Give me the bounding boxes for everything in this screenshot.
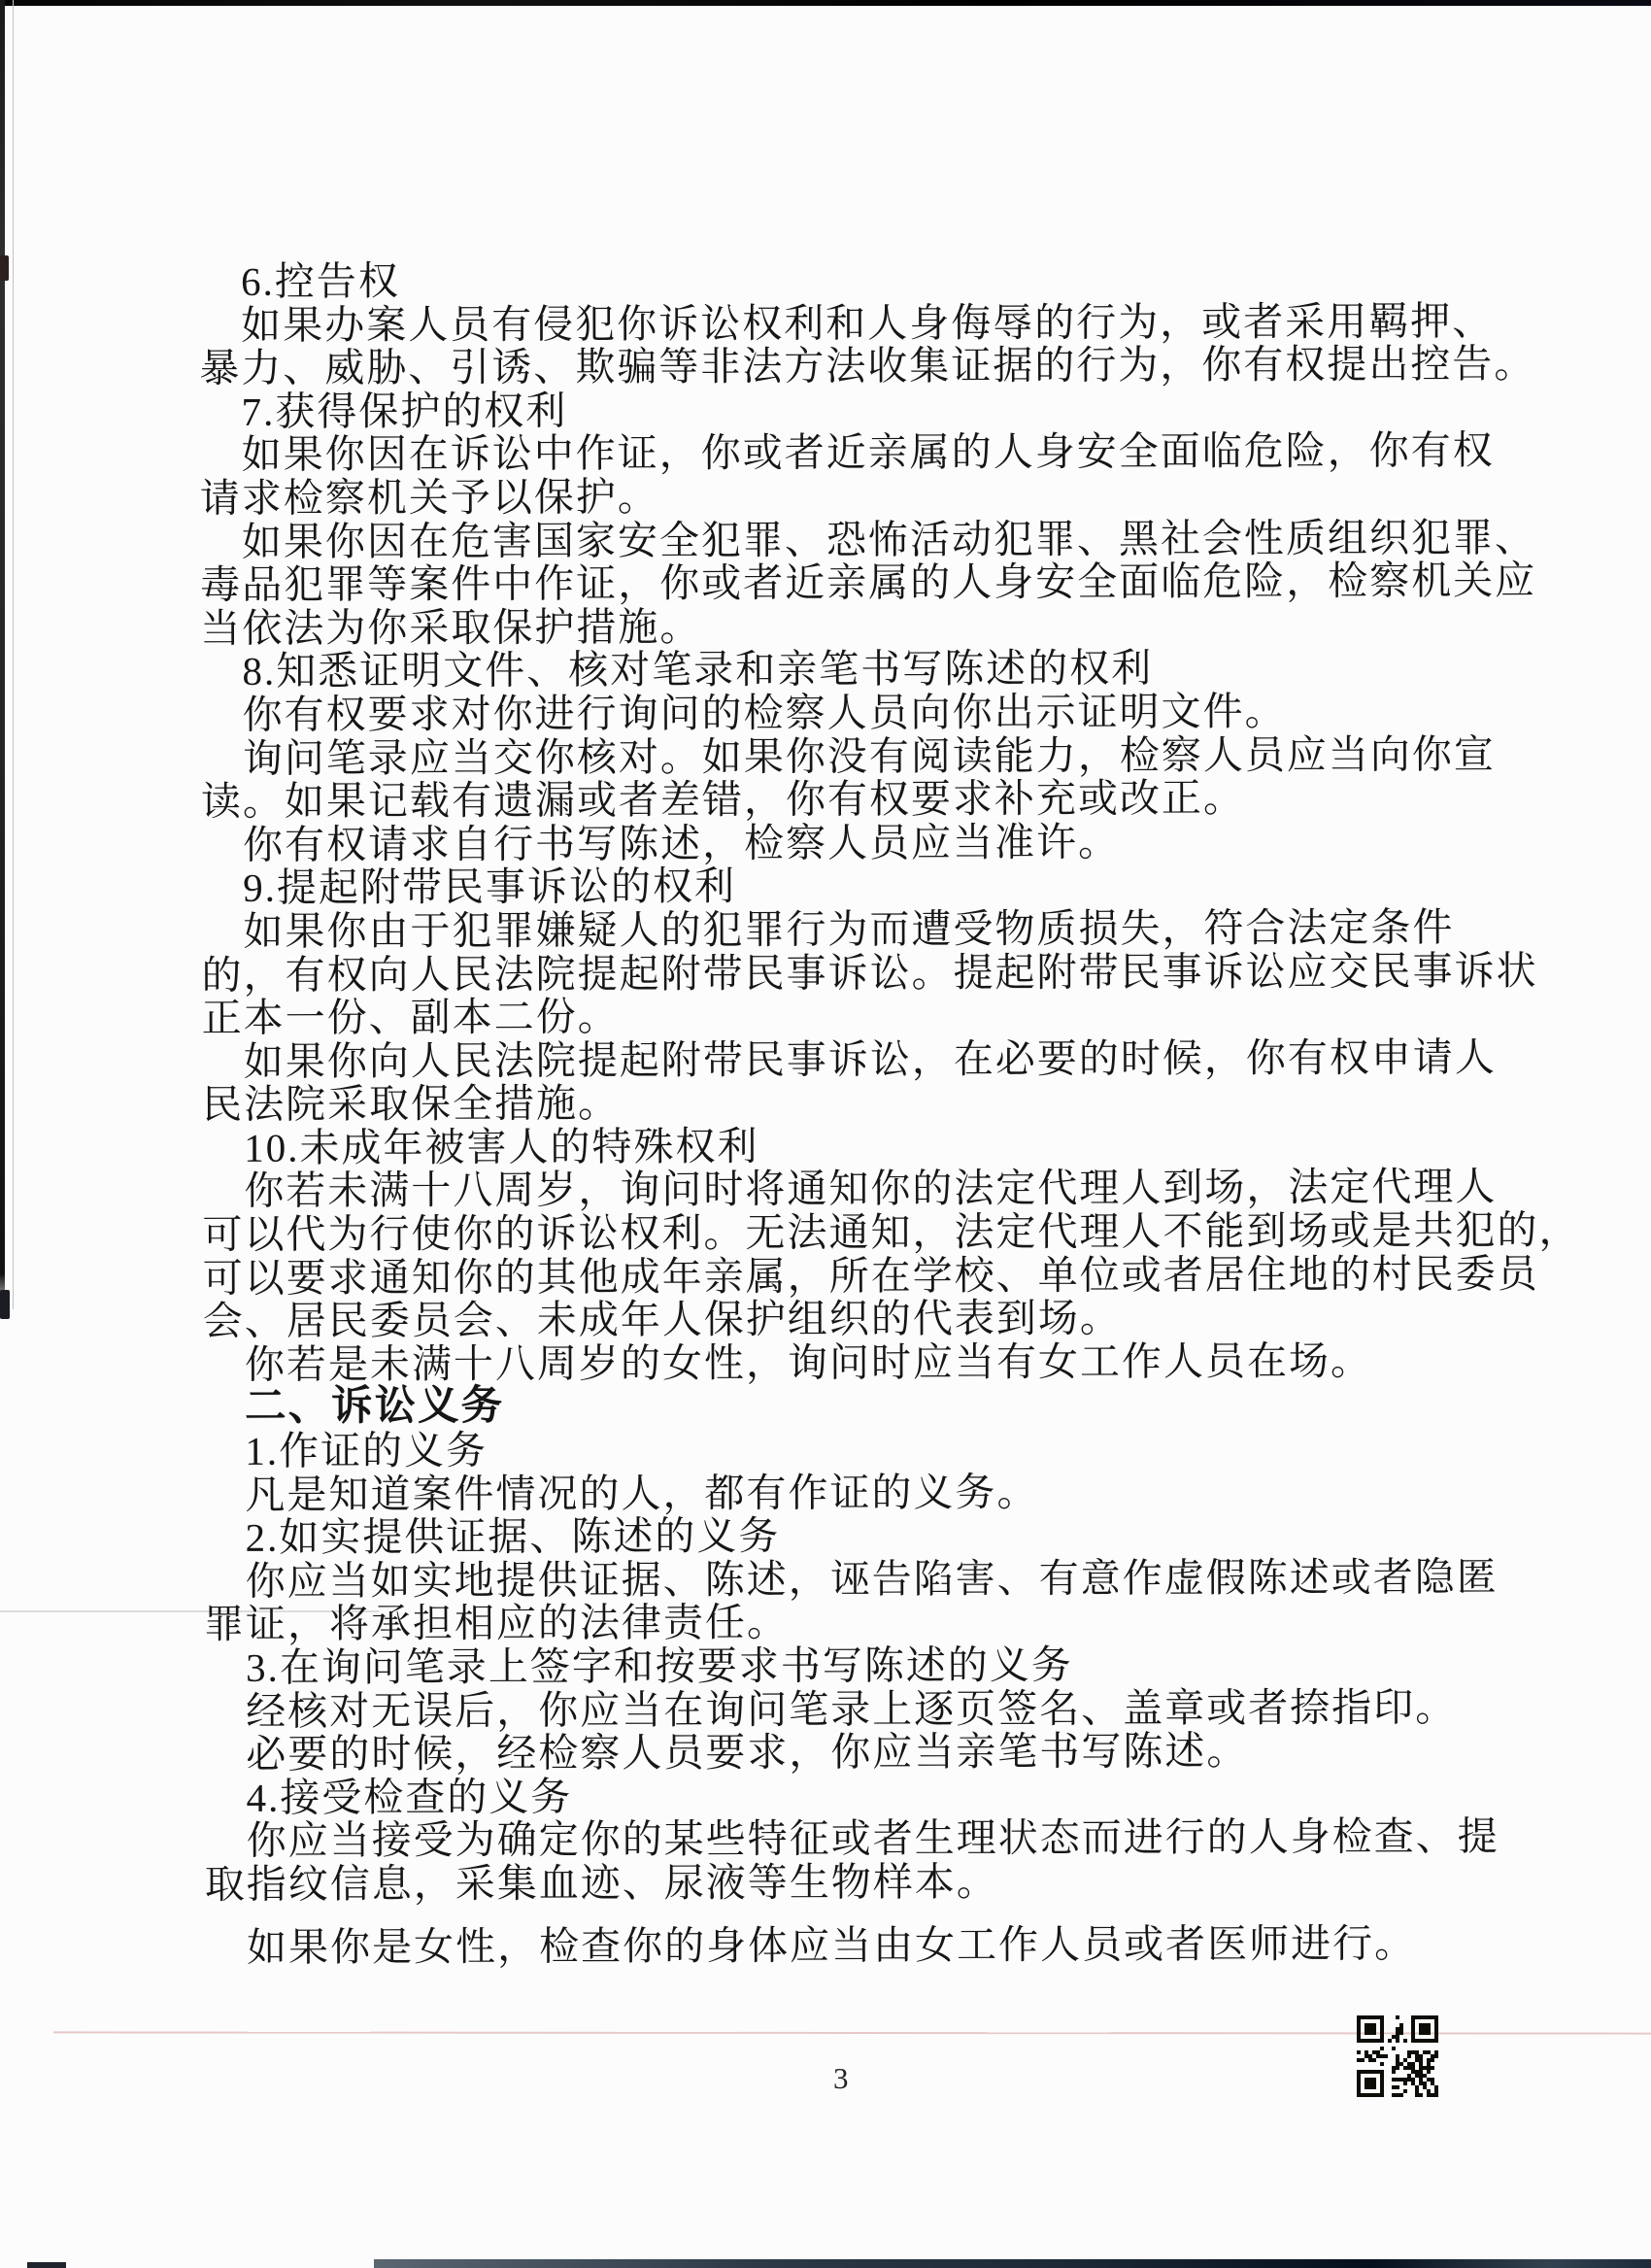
text-line: 1.作证的义务 bbox=[203, 1425, 1524, 1473]
text-line: 你有权要求对你进行询问的检察人员向你出示证明文件。 bbox=[201, 689, 1522, 736]
text-line: 如果你向人民法院提起附带民事诉讼，在必要的时候，你有权申请人 bbox=[202, 1035, 1523, 1083]
text-line: 你有权请求自行书写陈述，检察人员应当准许。 bbox=[201, 819, 1522, 866]
text-line: 8.知悉证明文件、核对笔录和亲笔书写陈述的权利 bbox=[200, 646, 1521, 694]
text-line: 毒品犯罪等案件中作证，你或者近亲属的人身安全面临危险，检察机关应 bbox=[200, 559, 1521, 606]
text-line: 如果你是女性，检查你的身体应当由女工作人员或者医师进行。 bbox=[205, 1921, 1526, 1969]
text-line: 你应当接受为确定你的某些特征或者生理状态而进行的人身检查、提 bbox=[205, 1815, 1526, 1863]
text-line: 如果办案人员有侵犯你诉讼权利和人身侮辱的行为，或者采用羁押、 bbox=[199, 299, 1520, 347]
text-line: 可以代为行使你的诉讼权利。无法通知，法定代理人不能到场或是共犯的， bbox=[202, 1208, 1523, 1256]
text-line: 当依法为你采取保护措施。 bbox=[200, 602, 1521, 650]
text-line: 读。如果记载有遗漏或者差错，你有权要求补充或改正。 bbox=[201, 775, 1522, 823]
document-body: 6.控告权如果办案人员有侵犯你诉讼权利和人身侮辱的行为，或者采用羁押、暴力、威胁… bbox=[199, 255, 1526, 1969]
text-line: 暴力、威胁、引诱、欺骗等非法方法收集证据的行为，你有权提出控告。 bbox=[199, 342, 1520, 389]
text-line: 正本一份、副本二份。 bbox=[202, 992, 1523, 1039]
text-line: 民法院采取保全措施。 bbox=[202, 1079, 1523, 1127]
text-line: 如果你因在诉讼中作证，你或者近亲属的人身安全面临危险，你有权 bbox=[200, 429, 1521, 477]
text-line: 9.提起附带民事诉讼的权利 bbox=[201, 863, 1522, 910]
text-line: 3.在询问笔录上签字和按要求书写陈述的义务 bbox=[204, 1642, 1525, 1689]
text-line: 取指纹信息，采集血迹、尿液等生物样本。 bbox=[205, 1858, 1526, 1906]
text-line: 请求检察机关予以保护。 bbox=[200, 472, 1521, 520]
page-number: 3 bbox=[833, 2061, 849, 2096]
text-line: 2.如实提供证据、陈述的义务 bbox=[204, 1511, 1525, 1559]
text-line: 凡是知道案件情况的人，都有作证的义务。 bbox=[203, 1469, 1524, 1516]
text-line: 二、诉讼义务 bbox=[203, 1382, 1524, 1430]
text-line: 4.接受检查的义务 bbox=[204, 1772, 1525, 1819]
text-line: 罪证，将承担相应的法律责任。 bbox=[204, 1599, 1525, 1646]
qr-code-icon bbox=[1357, 2015, 1438, 2097]
text-line: 6.控告权 bbox=[199, 255, 1520, 303]
scan-artifact-margin-line bbox=[13, 0, 14, 1309]
scan-artifact-left-edge bbox=[0, 0, 5, 1313]
text-line: 可以要求通知你的其他成年亲属，所在学校、单位或者居住地的村民委员 bbox=[203, 1252, 1524, 1300]
text-line: 必要的时候，经检察人员要求，你应当亲笔书写陈述。 bbox=[204, 1728, 1525, 1776]
scan-artifact-top-edge bbox=[0, 0, 1651, 6]
text-line: 的，有权向人民法院提起附带民事诉讼。提起附带民事诉讼应交民事诉状 bbox=[201, 949, 1522, 997]
text-line: 如果你由于犯罪嫌疑人的犯罪行为而遭受物质损失，符合法定条件 bbox=[201, 905, 1522, 953]
scan-artifact-bottom-edge bbox=[374, 2259, 1651, 2268]
scan-artifact-left-mark bbox=[0, 255, 9, 281]
text-line: 如果你因在危害国家安全犯罪、恐怖活动犯罪、黑社会性质组织犯罪、 bbox=[200, 516, 1521, 563]
text-line: 询问笔录应当交你核对。如果你没有阅读能力，检察人员应当向你宣 bbox=[201, 732, 1522, 780]
scan-artifact-left-mark bbox=[0, 1290, 10, 1319]
text-line: 经核对无误后，你应当在询问笔录上逐页签名、盖章或者捺指印。 bbox=[204, 1685, 1525, 1733]
text-line: 10.未成年被害人的特殊权利 bbox=[202, 1122, 1523, 1169]
text-line: 7.获得保护的权利 bbox=[199, 386, 1520, 433]
text-line: 你应当如实地提供证据、陈述，诬告陷害、有意作虚假陈述或者隐匿 bbox=[204, 1555, 1525, 1603]
text-line: 你若是未满十八周岁的女性，询问时应当有女工作人员在场。 bbox=[203, 1338, 1524, 1386]
text-line: 会、居民委员会、未成年人保护组织的代表到场。 bbox=[203, 1295, 1524, 1342]
document-page: 6.控告权如果办案人员有侵犯你诉讼权利和人身侮辱的行为，或者采用羁押、暴力、威胁… bbox=[0, 0, 1651, 2268]
scan-artifact-bottom-mark bbox=[27, 2262, 66, 2268]
text-line: 你若未满十八周岁，询问时将通知你的法定代理人到场，法定代理人 bbox=[202, 1166, 1523, 1213]
